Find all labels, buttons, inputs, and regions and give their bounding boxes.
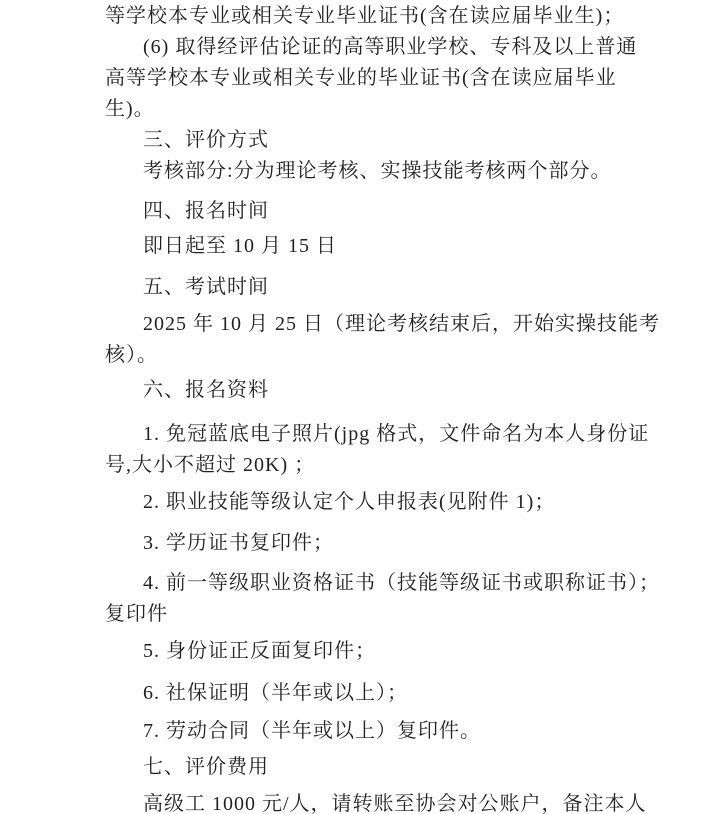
para-fee: 高级工 1000 元/人，请转账至协会对公账户，备注本人	[105, 789, 673, 814]
para-exam-time-line2: 核）。	[105, 340, 673, 371]
para-evaluation-method: 考核部分:分为理论考核、实操技能考核两个部分。	[105, 156, 673, 187]
heading-section-5: 五、考试时间	[105, 272, 673, 303]
para-material-4-line1: 4. 前一等级职业资格证书（技能等级证书或职称证书）；	[105, 568, 673, 599]
document-page: 等学校本专业或相关专业毕业证书(含在读应届毕业生)； (6) 取得经评估论证的高…	[0, 0, 703, 814]
para-certificate-continuation: 等学校本专业或相关专业毕业证书(含在读应届毕业生)；	[105, 1, 673, 32]
heading-section-4: 四、报名时间	[105, 196, 673, 227]
para-material-1-line1: 1. 免冠蓝底电子照片(jpg 格式，文件命名为本人身份证	[105, 419, 673, 450]
para-item-6-line3: 生)。	[105, 94, 673, 125]
para-material-4-line2: 复印件	[105, 599, 673, 630]
heading-section-6: 六、报名资料	[105, 375, 673, 406]
para-material-3: 3. 学历证书复印件；	[105, 528, 673, 559]
document-body: { "page": { "background": "#ffffff", "te…	[0, 0, 703, 814]
para-material-1-line2: 号,大小不超过 20K) ；	[105, 450, 673, 481]
para-material-7: 7. 劳动合同（半年或以上）复印件。	[105, 716, 673, 747]
para-registration-time: 即日起至 10 月 15 日	[105, 231, 673, 262]
para-exam-time-line1: 2025 年 10 月 25 日（理论考核结束后，开始实操技能考	[105, 309, 673, 340]
para-material-2: 2. 职业技能等级认定个人申报表(见附件 1)；	[105, 487, 673, 518]
para-material-5: 5. 身份证正反面复印件；	[105, 636, 673, 667]
para-item-6-line2: 高等学校本专业或相关专业的毕业证书(含在读应届毕业	[105, 63, 673, 94]
heading-section-7: 七、评价费用	[105, 752, 673, 783]
para-material-6: 6. 社保证明（半年或以上）；	[105, 678, 673, 709]
heading-section-3: 三、评价方式	[105, 125, 673, 156]
para-item-6-line1: (6) 取得经评估论证的高等职业学校、专科及以上普通	[105, 32, 673, 63]
